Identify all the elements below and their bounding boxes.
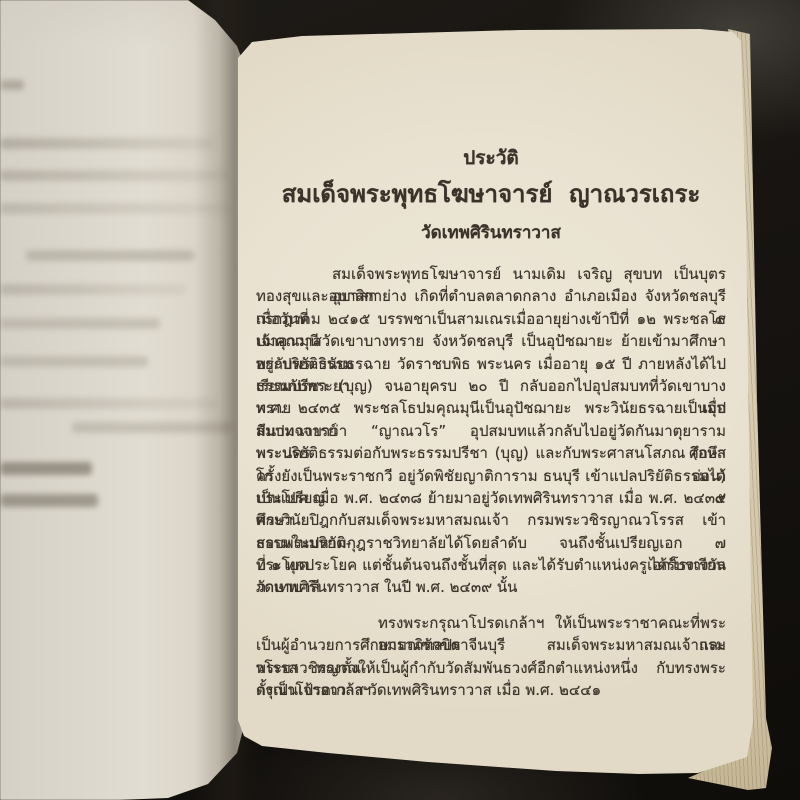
page-subtitle-name: สมเด็จพระพุทธโฆษาจารย์ ญาณวรเถระ — [256, 174, 726, 213]
text-line: ธรรมปรีชา (บุญ) จนอายุครบ ๒๐ ปี กลับออกไ… — [256, 375, 726, 397]
biography-paragraph-1: สมเด็จพระพุทธโฆษาจารย์ นามเดิม เจริญ สุข… — [256, 263, 726, 599]
text-line: ธรรมในมหามกุฎราชวิทยาลัยได้โดยลำดับ จนถึ… — [256, 532, 726, 554]
text-line: ที่ ๑ ทุกประโยค แต่ชั้นต้นจนถึงชั้นที่สุ… — [256, 554, 726, 576]
ghost-text-line — [0, 80, 24, 90]
text-line: สมเด็จพระพุทธโฆษาจารย์ นามเดิม เจริญ สุข… — [256, 263, 726, 285]
text-line: ทรงพระกรุณาโปรดเกล้าฯ ให้เป็นพระราชาคณะท… — [256, 612, 726, 634]
text-line: ทองสุขและอุบาสิกาย่าง เกิดที่ตำบลตลาดกลา… — [256, 285, 726, 307]
book-photo: ประวัติ สมเด็จพระพุทธโฆษาจารย์ ญาณวรเถระ… — [0, 0, 800, 800]
text-line: กรกฎาคม ๒๔๑๕ บรรพชาเป็นสามเณรเมื่ออายุย่… — [256, 308, 726, 330]
text-line: มีนามฉายาว่า “ญาณวโร” อุปสมบทแล้วกลับไปอ… — [256, 420, 726, 442]
text-line: เจ้าอาวาสวัดเขาบางทราย จังหวัดชลบุรี เป็… — [256, 330, 726, 352]
ghost-text-line — [0, 318, 160, 329]
text-line: พระปริยัติธรรมต่อกับพระธรรมปรีชา (บุญ) แ… — [256, 442, 726, 464]
ghost-text-line — [0, 494, 98, 507]
text-line: พระวินัยปิฎกกับสมเด็จพระมหาสมณเจ้า กรมพร… — [256, 509, 726, 531]
temple-name: วัดเทพศิรินทราวาส — [256, 219, 726, 246]
page-title: ประวัติ — [256, 143, 726, 173]
text-line: เป็นผู้อำนวยการศึกษามณฑลปราจีนบุรี สมเด็… — [256, 634, 726, 656]
ghost-text-line — [0, 398, 216, 409]
text-line: วัดเทพศิรินทราวาส ในปี พ.ศ. ๒๔๓๙ นั้น — [256, 576, 726, 598]
ghost-text-line — [0, 356, 148, 367]
biography-paragraph-2: ทรงพระกรุณาโปรดเกล้าฯ ให้เป็นพระราชาคณะท… — [256, 612, 726, 702]
text-line: ประโยค เมื่อ พ.ศ. ๒๔๓๘ ย้ายมาอยู่วัดเทพศ… — [256, 487, 726, 509]
ghost-text-line — [0, 462, 92, 475]
text-line: วโรรส ทรงตั้งให้เป็นผู้กำกับวัดสัมพันธวง… — [256, 657, 726, 679]
text-line: ตั้งเป็นเจ้าอาวาส วัดเทพศิรินทราวาส เมื่… — [256, 679, 726, 701]
ghost-text-line — [26, 250, 194, 261]
text-line: อยู่กับพระวินัยธรฉาย วัดราชบพิธ พระนคร เ… — [256, 353, 726, 375]
ghost-text-line — [0, 138, 214, 149]
text-line: พ.ศ. ๒๔๓๕ พระชลโธปมคุณมุนีเป็นอุปัชฌายะ … — [256, 397, 726, 419]
ghost-text-line — [0, 284, 186, 295]
text-line: ครั้งยังเป็นพระราชกวี อยู่วัดพิชัยญาติกา… — [256, 465, 726, 487]
